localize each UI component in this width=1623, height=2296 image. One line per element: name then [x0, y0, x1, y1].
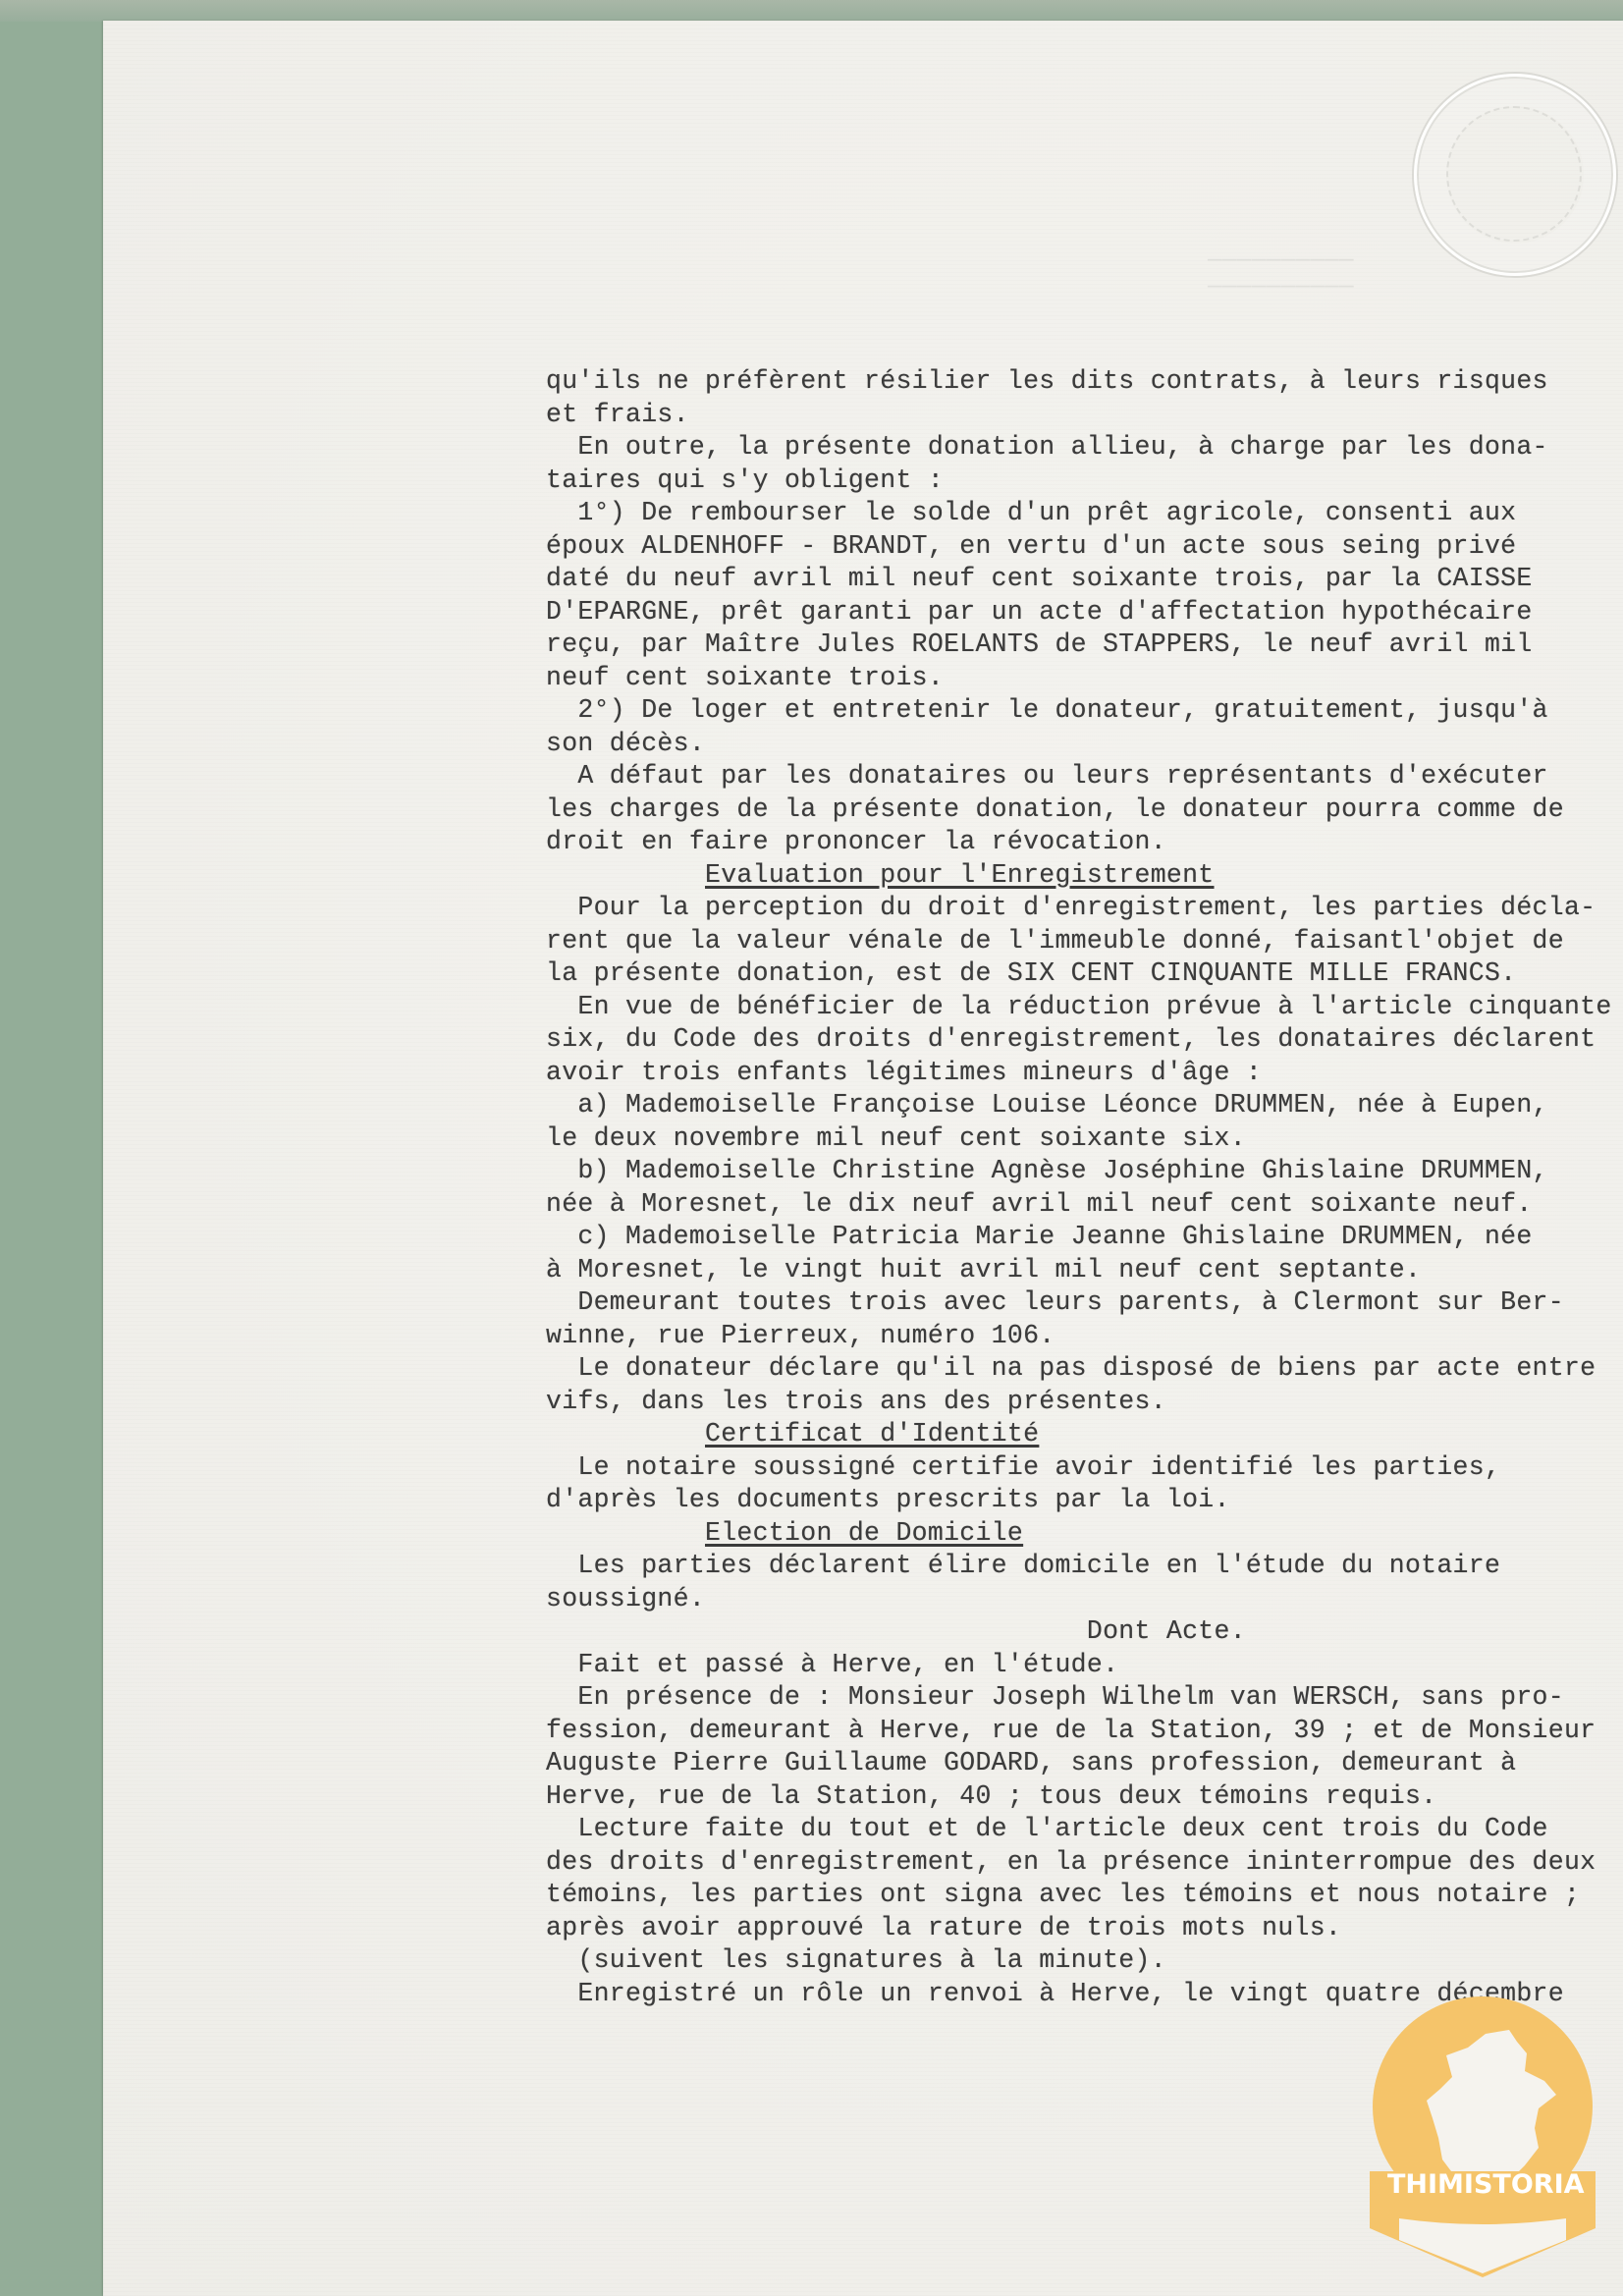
text-line: Herve, rue de la Station, 40 ; tous deux… [546, 1780, 1623, 1814]
text-line: Dont Acte. [546, 1615, 1623, 1649]
text-line: En outre, la présente donation allieu, à… [546, 431, 1623, 465]
heading-text: Evaluation pour l'Enregistrement [705, 860, 1214, 890]
text-line: taires qui s'y obligent : [546, 465, 1623, 498]
text-line: soussigné. [546, 1583, 1623, 1616]
text-line: après avoir approuvé la rature de trois … [546, 1912, 1623, 1945]
text-line: six, du Code des droits d'enregistrement… [546, 1023, 1623, 1057]
section-heading: Evaluation pour l'Enregistrement [546, 859, 1623, 893]
text-line: le deux novembre mil neuf cent soixante … [546, 1122, 1623, 1156]
text-line: les charges de la présente donation, le … [546, 793, 1623, 827]
text-line: rent que la valeur vénale de l'immeuble … [546, 925, 1623, 958]
text-line: b) Mademoiselle Christine Agnèse Joséphi… [546, 1155, 1623, 1188]
section-heading: Election de Domicile [546, 1517, 1623, 1551]
text-line: Le notaire soussigné certifie avoir iden… [546, 1451, 1623, 1485]
background-top-strip [0, 0, 1623, 22]
text-line: époux ALDENHOFF - BRANDT, en vertu d'un … [546, 530, 1623, 564]
text-line: En vue de bénéficier de la réduction pré… [546, 991, 1623, 1024]
text-line: neuf cent soixante trois. [546, 662, 1623, 695]
text-line: reçu, par Maître Jules ROELANTS de STAPP… [546, 629, 1623, 662]
text-line: avoir trois enfants légitimes mineurs d'… [546, 1057, 1623, 1090]
text-line: c) Mademoiselle Patricia Marie Jeanne Gh… [546, 1221, 1623, 1254]
document-body: qu'ils ne préfèrent résilier les dits co… [546, 365, 1623, 2010]
text-line: Demeurant toutes trois avec leurs parent… [546, 1286, 1623, 1320]
text-line: la présente donation, est de SIX CENT CI… [546, 957, 1623, 991]
text-line: winne, rue Pierreux, numéro 106. [546, 1320, 1623, 1353]
text-line: née à Moresnet, le dix neuf avril mil ne… [546, 1188, 1623, 1222]
text-line: daté du neuf avril mil neuf cent soixant… [546, 563, 1623, 596]
text-line: a) Mademoiselle Françoise Louise Léonce … [546, 1089, 1623, 1122]
text-line: à Moresnet, le vingt huit avril mil neuf… [546, 1254, 1623, 1287]
text-line: Le donateur déclare qu'il na pas disposé… [546, 1352, 1623, 1386]
text-line: 2°) De loger et entretenir le donateur, … [546, 694, 1623, 728]
text-line: droit en faire prononcer la révocation. [546, 826, 1623, 859]
text-line: fession, demeurant à Herve, rue de la St… [546, 1715, 1623, 1748]
embossed-seal-icon [1414, 74, 1616, 276]
text-line: et frais. [546, 399, 1623, 432]
text-line: En présence de : Monsieur Joseph Wilhelm… [546, 1681, 1623, 1715]
heading-text: Certificat d'Identité [705, 1419, 1039, 1449]
section-heading: Certificat d'Identité [546, 1418, 1623, 1451]
map-book-logo-icon [1370, 1991, 1596, 2285]
text-line: son décès. [546, 728, 1623, 761]
text-line: D'EPARGNE, prêt garanti par un acte d'af… [546, 596, 1623, 629]
heading-text: Election de Domicile [705, 1518, 1023, 1548]
text-line: des droits d'enregistrement, en la prése… [546, 1846, 1623, 1880]
text-line: Auguste Pierre Guillaume GODARD, sans pr… [546, 1747, 1623, 1780]
logo-label: THIMISTORIA [1387, 2169, 1578, 2200]
text-line: Les parties déclarent élire domicile en … [546, 1550, 1623, 1583]
text-line: d'après les documents prescrits par la l… [546, 1484, 1623, 1517]
text-line: A défaut par les donataires ou leurs rep… [546, 760, 1623, 793]
text-line: témoins, les parties ont signa avec les … [546, 1879, 1623, 1912]
text-line: Fait et passé à Herve, en l'étude. [546, 1649, 1623, 1682]
thimistoria-logo: THIMISTORIA [1370, 1991, 1596, 2285]
seal-inner-ring [1446, 106, 1582, 242]
text-line: Pour la perception du droit d'enregistre… [546, 892, 1623, 925]
text-line: 1°) De rembourser le solde d'un prêt agr… [546, 497, 1623, 530]
text-line: Lecture faite du tout et de l'article de… [546, 1813, 1623, 1846]
show-through-text: ────────── ────────── [1208, 248, 1354, 301]
text-line: vifs, dans les trois ans des présentes. [546, 1386, 1623, 1419]
text-line: qu'ils ne préfèrent résilier les dits co… [546, 365, 1623, 399]
text-line: (suivent les signatures à la minute). [546, 1944, 1623, 1978]
